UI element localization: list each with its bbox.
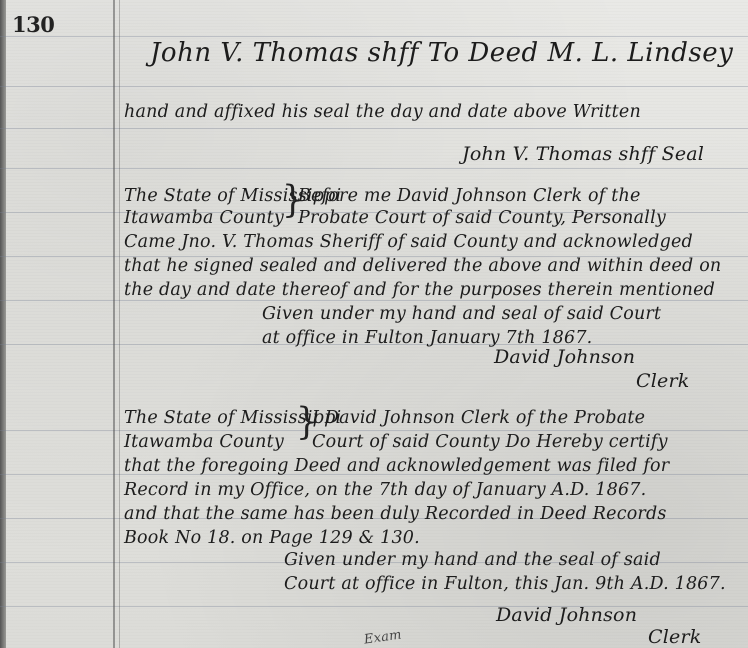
deed-heading: John V. Thomas shff To Deed M. L. Lindse… xyxy=(150,38,733,68)
margin-annotation: Exam xyxy=(363,627,402,647)
cert-line: Court at office in Fulton, this Jan. 9th… xyxy=(284,574,726,594)
ack-line: Given under my hand and seal of said Cou… xyxy=(262,304,661,324)
clerk-signature: David Johnson xyxy=(496,604,637,626)
ack-line: Came Jno. V. Thomas Sheriff of said Coun… xyxy=(124,232,693,252)
binding-edge xyxy=(0,0,6,648)
cert-line: Record in my Office, on the 7th day of J… xyxy=(124,480,646,500)
deed-record-page: 130 John V. Thomas shff To Deed M. L. Li… xyxy=(0,0,748,648)
cert-county-label: Itawamba County xyxy=(124,432,284,452)
clerk-signature: David Johnson xyxy=(494,346,635,368)
cert-line: Given under my hand and the seal of said xyxy=(284,550,661,570)
sealing-line: hand and affixed his seal the day and da… xyxy=(124,102,641,122)
cert-line: that the foregoing Deed and acknowledgem… xyxy=(124,456,669,476)
cert-line: I David Johnson Clerk of the Probate xyxy=(312,408,645,428)
ack-county-label: Itawamba County xyxy=(124,208,284,228)
page-number: 130 xyxy=(12,12,54,37)
cert-line: and that the same has been duly Recorded… xyxy=(124,504,667,524)
margin-line xyxy=(119,0,120,648)
cert-line: Court of said County Do Hereby certify xyxy=(312,432,668,452)
ack-line: Probate Court of said County, Personally xyxy=(298,208,666,228)
clerk-title: Clerk xyxy=(636,370,689,392)
ack-line: the day and date thereof and for the pur… xyxy=(124,280,715,300)
sheriff-signature: John V. Thomas shff Seal xyxy=(462,143,704,165)
ack-line: that he signed sealed and delivered the … xyxy=(124,256,721,276)
ack-line: at office in Fulton January 7th 1867. xyxy=(262,328,592,348)
cert-line: Book No 18. on Page 129 & 130. xyxy=(124,528,420,548)
ack-line: Before me David Johnson Clerk of the xyxy=(298,186,641,206)
clerk-title: Clerk xyxy=(648,626,701,648)
margin-line xyxy=(113,0,115,648)
